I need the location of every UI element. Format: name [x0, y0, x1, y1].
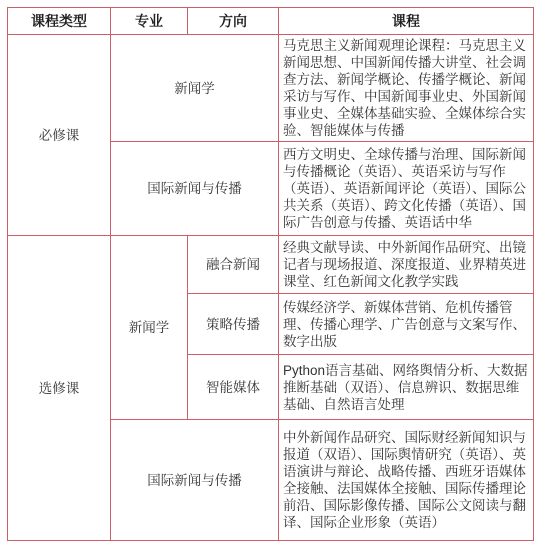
required-type-cell: 必修课 [8, 35, 111, 236]
page: 课程类型 专业 方向 课程 必修课 新闻学 马克思主义新闻观理论课程：马克思主义… [0, 0, 541, 551]
header-cell-course-type: 课程类型 [8, 8, 111, 35]
table-row-elective-fusion-news: 选修课 新闻学 融合新闻 经典文献导读、中外新闻作品研究、出镜记者与现场报道、深… [8, 236, 534, 294]
direction-cell-intelligent-media: 智能媒体 [188, 355, 279, 420]
required-international-courses-cell: 西方文明史、全球传播与治理、国际新闻与传播概论（英语）、英语采访与写作（英语）、… [279, 142, 534, 236]
direction-cell-fusion-news: 融合新闻 [188, 236, 279, 294]
elective-journalism-major-cell: 新闻学 [111, 236, 188, 420]
required-international-major-cell: 国际新闻与传播 [111, 142, 279, 236]
header-cell-major: 专业 [111, 8, 188, 35]
header-row: 课程类型 专业 方向 课程 [8, 8, 534, 35]
header-cell-direction: 方向 [188, 8, 279, 35]
header-cell-courses: 课程 [279, 8, 534, 35]
elective-international-major-cell: 国际新闻与传播 [111, 420, 279, 541]
required-journalism-major-cell: 新闻学 [111, 35, 279, 142]
table-row-required-journalism: 必修课 新闻学 马克思主义新闻观理论课程：马克思主义新闻思想、中国新闻传播大讲堂… [8, 35, 534, 142]
required-journalism-courses-cell: 马克思主义新闻观理论课程：马克思主义新闻思想、中国新闻传播大讲堂、社会调查方法、… [279, 35, 534, 142]
elective-international-courses-cell: 中外新闻作品研究、国际财经新闻知识与报道（双语）、国际舆情研究（英语）、英语演讲… [279, 420, 534, 541]
elective-type-cell: 选修课 [8, 236, 111, 541]
elective-intelligent-media-courses-cell: Python语言基础、网络舆情分析、大数据推断基础（双语）、信息辨识、数据思维基… [279, 355, 534, 420]
elective-fusion-news-courses-cell: 经典文献导读、中外新闻作品研究、出镜记者与现场报道、深度报道、业界精英进课堂、红… [279, 236, 534, 294]
direction-cell-strategic-communication: 策略传播 [188, 294, 279, 355]
course-table: 课程类型 专业 方向 课程 必修课 新闻学 马克思主义新闻观理论课程：马克思主义… [7, 7, 534, 541]
elective-strategic-communication-courses-cell: 传媒经济学、新媒体营销、危机传播管理、传播心理学、广告创意与文案写作、数字出版 [279, 294, 534, 355]
